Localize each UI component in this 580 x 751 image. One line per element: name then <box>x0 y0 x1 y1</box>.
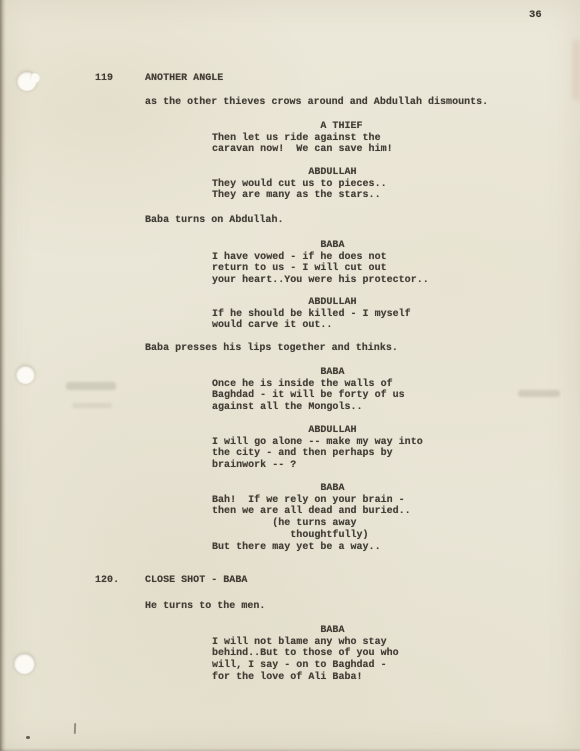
action-line: Baba presses his lips together and think… <box>145 343 398 355</box>
scene-number: 120. <box>95 575 145 587</box>
action-line: Baba turns on Abdullah. <box>145 215 283 227</box>
scene-title: CLOSE SHOT - BABA <box>145 575 247 586</box>
scan-edge-shadow <box>0 0 6 751</box>
stain-smudge <box>66 382 116 390</box>
action-line: He turns to the men. <box>145 601 265 613</box>
ink-speck <box>26 736 30 739</box>
hole-punch <box>16 365 35 384</box>
dialogue-abdullah: ABDULLAH I will go alone -- make my way … <box>212 425 423 472</box>
hole-punch <box>14 653 35 674</box>
stain-smudge <box>72 403 112 408</box>
scan-edge-tint <box>572 40 580 100</box>
scene-number: 119 <box>95 73 145 85</box>
stain-smudge <box>518 390 560 397</box>
scene-heading-119: 119ANOTHER ANGLE <box>95 73 223 85</box>
dialogue-abdullah: ABDULLAH If he should be killed - I myse… <box>212 297 411 332</box>
dialogue-thief: A THIEF Then let us ride against the car… <box>212 121 393 156</box>
action-line: as the other thieves crows around and Ab… <box>145 97 488 109</box>
scene-heading-120: 120.CLOSE SHOT - BABA <box>95 575 247 587</box>
scene-title: ANOTHER ANGLE <box>145 73 223 84</box>
page-number: 36 <box>529 10 542 22</box>
hole-punch-tear <box>30 72 40 83</box>
dialogue-baba: BABA I have vowed - if he does not retur… <box>212 240 429 287</box>
pen-mark <box>74 723 76 734</box>
dialogue-baba: BABA Bah! If we rely on your brain - the… <box>212 483 411 553</box>
script-page: 36 119ANOTHER ANGLE as the other thieves… <box>0 0 580 751</box>
dialogue-abdullah: ABDULLAH They would cut us to pieces.. T… <box>212 167 387 202</box>
dialogue-baba: BABA I will not blame any who stay behin… <box>212 625 399 684</box>
dialogue-baba: BABA Once he is inside the walls of Bagh… <box>212 367 405 414</box>
